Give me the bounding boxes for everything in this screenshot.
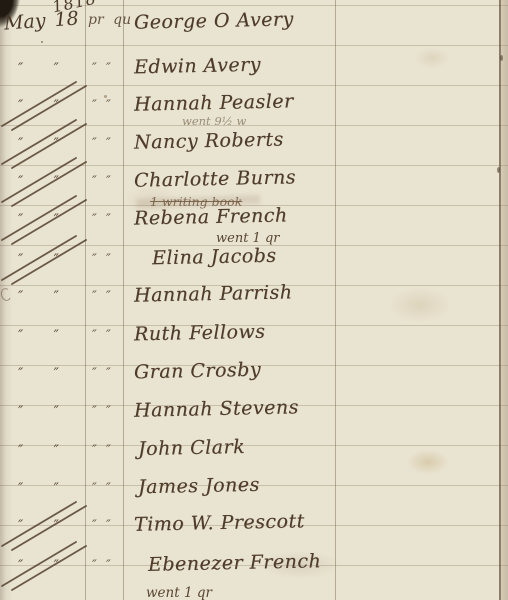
date-cell: ″ ″ — [18, 289, 59, 305]
student-name: Hannah Peasler — [134, 90, 294, 115]
rate-cell: ″ ″ — [92, 518, 111, 533]
ledger-row: ″ ″ ″ ″ John Clark — [0, 437, 508, 473]
rate-cell: ″ ″ — [92, 61, 111, 76]
rate-cell: ″ ″ — [92, 212, 111, 227]
student-name: Charlotte Burns — [134, 166, 296, 191]
student-name: Ebenezer French — [148, 550, 322, 576]
annotation: went 1 qr — [146, 585, 212, 600]
date-cell: ″ ″ — [18, 558, 59, 574]
rate-cell: ″ ″ — [92, 289, 111, 304]
date-cell: ″ ″ — [18, 252, 59, 268]
date-cell: ″ ″ — [18, 404, 59, 420]
date-cell: ″ ″ — [18, 328, 59, 344]
rate-cell: pr qu — [88, 12, 131, 28]
date-cell: ″ ″ — [18, 366, 59, 382]
student-name: Hannah Parrish — [134, 281, 293, 306]
annotation: went 1 qr — [216, 231, 280, 246]
student-name: Hannah Stevens — [134, 396, 299, 421]
ledger-row: ″ ″ ″ ″ Gran Crosby — [0, 360, 508, 396]
rate-cell: ″ ″ — [92, 558, 111, 573]
date-cell: ″ ″ — [18, 481, 59, 497]
date-cell: ″ ″ — [18, 443, 59, 459]
ledger-page: 1818 May 18 pr qu George O Avery ″ ″ ″ ″… — [0, 0, 508, 600]
rate-cell: ″ ″ — [92, 136, 111, 151]
student-name: Ruth Fellows — [134, 321, 266, 346]
ledger-row: ″ ″ ″ ″ Ruth Fellows — [0, 322, 508, 358]
rate-cell: ″ ″ — [92, 252, 111, 267]
rate-cell: ″ ″ — [92, 174, 111, 189]
date-cell: ″ ″ — [18, 136, 59, 152]
student-name: Rebena French — [134, 204, 288, 229]
date-cell: May 18 — [3, 7, 79, 34]
student-name: James Jones — [138, 474, 260, 499]
ledger-row: ″ ″ ″ ″ Elina Jacobs — [0, 246, 508, 282]
rate-cell: ″ ″ — [92, 98, 111, 113]
date-cell: ″ ″ — [18, 518, 59, 534]
annotation: went 9½ w — [182, 114, 246, 128]
date-cell: ″ ″ — [18, 212, 59, 228]
ledger-row: May 18 pr qu George O Avery — [0, 10, 508, 46]
student-name: Edwin Avery — [134, 54, 261, 79]
student-name: Nancy Roberts — [134, 128, 284, 153]
date-cell: ″ ″ — [18, 174, 59, 190]
rate-cell: ″ ″ — [92, 443, 111, 458]
rate-cell: ″ ″ — [92, 328, 111, 343]
rate-cell: ″ ″ — [92, 481, 111, 496]
ledger-row: ″ ″ ″ ″ Hannah Stevens — [0, 398, 508, 434]
student-name: George O Avery — [134, 8, 294, 33]
student-name: Timo W. Prescott — [134, 510, 305, 536]
rate-cell: ″ ″ — [92, 404, 111, 419]
student-name: John Clark — [138, 436, 246, 460]
student-name: Gran Crosby — [134, 359, 262, 384]
ledger-row: ″ ″ ″ ″ Hannah Parrish — [0, 283, 508, 319]
date-cell: ″ ″ — [18, 98, 59, 114]
date-cell: ″ ″ — [18, 61, 59, 77]
rate-cell: ″ ″ — [92, 366, 111, 381]
student-name: Elina Jacobs — [152, 245, 277, 270]
ledger-row: ″ ″ ″ ″ Ebenezer French went 1 qr — [0, 552, 508, 588]
